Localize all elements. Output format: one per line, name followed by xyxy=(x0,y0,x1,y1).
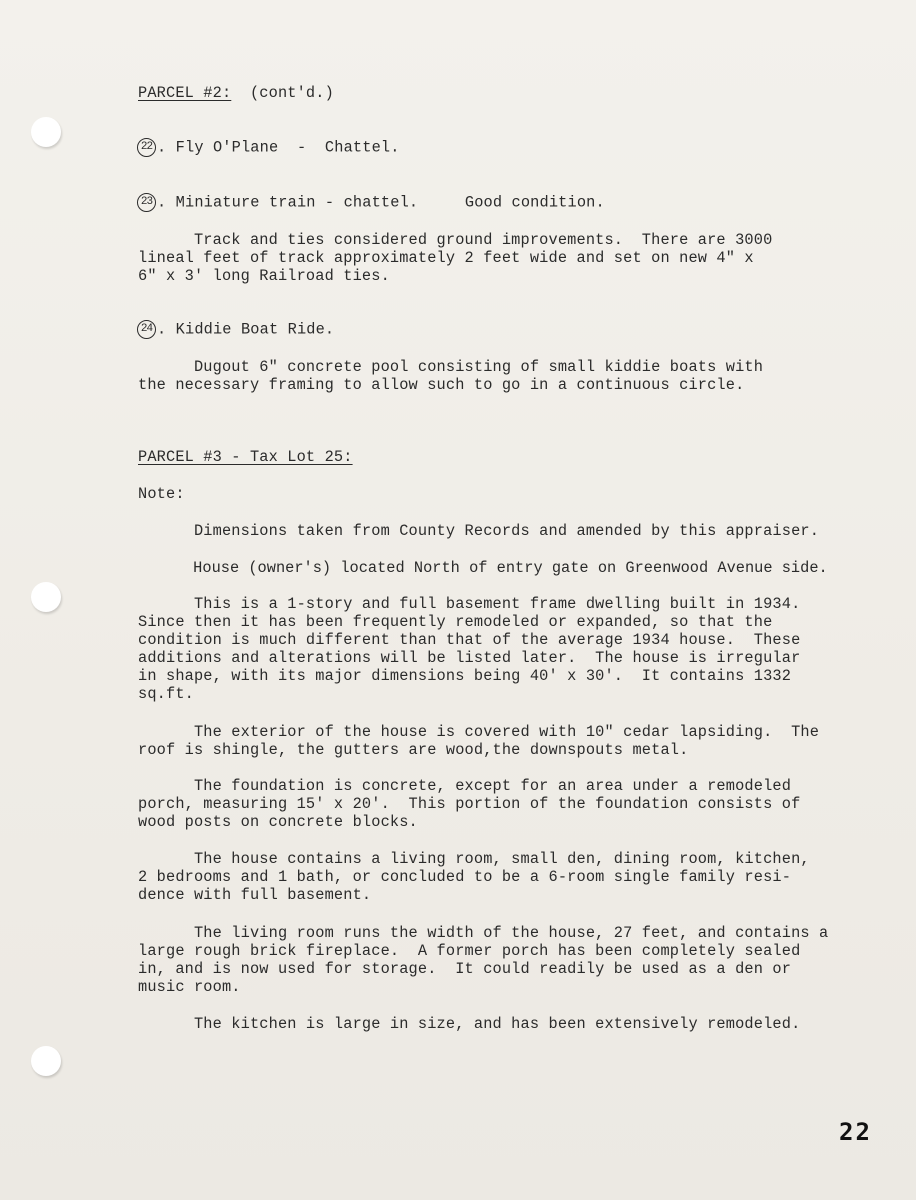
paragraph-line: The exterior of the house is covered wit… xyxy=(138,723,819,741)
paragraph-line: additions and alterations will be listed… xyxy=(138,649,800,667)
paragraph-line: roof is shingle, the gutters are wood,th… xyxy=(138,741,688,759)
circled-number: 23 xyxy=(137,193,156,212)
boat-line: Dugout 6" concrete pool consisting of sm… xyxy=(138,358,763,376)
paragraph-line: The foundation is concrete, except for a… xyxy=(138,777,791,795)
page-number: 22 xyxy=(839,1118,872,1146)
paragraph-line: wood posts on concrete blocks. xyxy=(138,813,418,831)
item-23: 23. Miniature train - chattel. Good cond… xyxy=(137,193,605,212)
circled-number: 24 xyxy=(137,320,156,339)
binder-hole xyxy=(31,1046,61,1076)
binder-hole xyxy=(31,582,61,612)
paragraph-line: sq.ft. xyxy=(138,685,194,703)
paragraph-line: in shape, with its major dimensions bein… xyxy=(138,667,791,685)
paragraph-line: 2 bedrooms and 1 bath, or concluded to b… xyxy=(138,868,791,886)
note-line: House (owner's) located North of entry g… xyxy=(138,559,828,577)
parcel-3-heading: PARCEL #3 - Tax Lot 25: xyxy=(138,448,353,466)
parcel-2-heading: PARCEL #2: (cont'd.) xyxy=(138,84,334,102)
parcel-2-title: PARCEL #2: xyxy=(138,84,231,102)
parcel-2-contd: (cont'd.) xyxy=(231,84,334,102)
item-22: 22. Fly O'Plane - Chattel. xyxy=(137,138,400,157)
binder-hole xyxy=(31,117,61,147)
item-24: 24. Kiddie Boat Ride. xyxy=(137,320,334,339)
train-line: 6" x 3' long Railroad ties. xyxy=(138,267,390,285)
paragraph-line: This is a 1-story and full basement fram… xyxy=(138,595,800,613)
item-text: . Kiddie Boat Ride. xyxy=(157,321,334,339)
paragraph-line: porch, measuring 15' x 20'. This portion… xyxy=(138,795,800,813)
paragraph-line: in, and is now used for storage. It coul… xyxy=(138,960,791,978)
circled-number: 22 xyxy=(137,138,156,157)
paragraph-line: The kitchen is large in size, and has be… xyxy=(138,1015,800,1033)
boat-line: the necessary framing to allow such to g… xyxy=(138,376,744,394)
document-page: PARCEL #2: (cont'd.) 22. Fly O'Plane - C… xyxy=(0,0,916,1200)
item-text: . Miniature train - chattel. Good condit… xyxy=(157,194,605,212)
paragraph-line: dence with full basement. xyxy=(138,886,371,904)
paragraph-line: Since then it has been frequently remode… xyxy=(138,613,772,631)
paragraph-line: music room. xyxy=(138,978,241,996)
item-text: . Fly O'Plane - Chattel. xyxy=(157,139,400,157)
paragraph-line: The house contains a living room, small … xyxy=(138,850,810,868)
train-line: Track and ties considered ground improve… xyxy=(138,231,772,249)
paragraph-line: large rough brick fireplace. A former po… xyxy=(138,942,800,960)
note-label: Note: xyxy=(138,485,185,503)
train-line: lineal feet of track approximately 2 fee… xyxy=(138,249,754,267)
paragraph-line: The living room runs the width of the ho… xyxy=(138,924,828,942)
note-line: Dimensions taken from County Records and… xyxy=(138,522,819,540)
paragraph-line: condition is much different than that of… xyxy=(138,631,800,649)
